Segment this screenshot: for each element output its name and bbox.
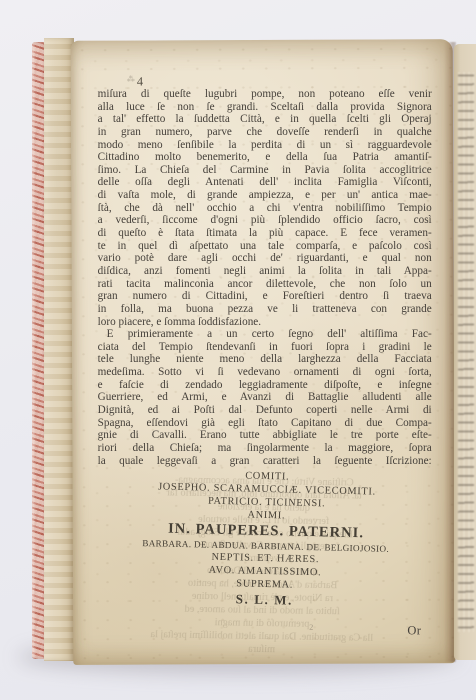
body-text-line: rati tacita malinconìa ancor dilettevole… (98, 278, 432, 291)
show-through-line: lla Ca gratitudine. Dai quali aletti nob… (76, 628, 448, 647)
body-text-line: ſtà, che dà nell' occhio a chi v'entra n… (98, 202, 432, 215)
page-number-value: 4 (137, 75, 144, 89)
body-text-line: a vederſi, ſiccome d'ogni più ſplendido … (98, 214, 432, 227)
body-text-line: diſdica, anzi fomenti negli animi la ſol… (98, 265, 432, 278)
body-text-line: medeſima. Sotto vi ſi vedevano ornamenti… (98, 366, 432, 379)
body-text-line: vario potè dare agli occhi de' riguardan… (98, 252, 432, 265)
body-text-line: Cittadino molto benemerito, e della ſua … (98, 151, 432, 164)
body-text-line: e faſcie di zendado leggiadramente diſpo… (98, 379, 432, 392)
body-text-line: loro piacere, e ſomma ſoddisfazione. (98, 316, 432, 329)
facing-page-sliver (454, 44, 476, 660)
body-text-line: Spagna, eſſendovi già egli ſtato Capitan… (98, 417, 432, 430)
body-text-line: in gran numero, parve che doveſſe render… (98, 126, 432, 139)
body-text-line: di vaſta mole, di grande ampiezza, e per… (98, 189, 432, 202)
signature-mark: 2 (309, 623, 313, 632)
facing-page-blurred-text (458, 72, 474, 632)
body-text-line: te in quel dì aſpettato una tale comparſ… (98, 240, 432, 253)
ink-mark: ⁂ (127, 75, 136, 84)
photo-of-open-book: ⁂4 Criſtiane Virtù: che e ſua ama accomp… (0, 0, 476, 700)
body-text: miſura di queſte lugubri pompe, non pote… (98, 88, 432, 467)
page-edge-stack (44, 38, 74, 661)
body-text-line: Guerriere, ed Armi, e Avanzi di Battagli… (98, 391, 432, 404)
body-text-line: gran numero di Cittadini, e Foreſtieri d… (98, 290, 432, 303)
inscription: COMITI.JOSEPHO. SCARAMUCCIÆ. VICECOMITI.… (84, 467, 447, 612)
catchword: Or (407, 623, 421, 638)
book: ⁂4 Criſtiane Virtù: che e ſua ama accomp… (30, 36, 476, 666)
show-through-line: premuroſo di un magni (76, 615, 448, 634)
body-text-line: riori della Chieſa; ma ſingolarmente la … (98, 442, 432, 455)
body-text-line: tele lunghe niente meno della larghezza … (98, 353, 432, 366)
body-text-line: miſura di queſte lugubri pompe, non pote… (98, 88, 432, 101)
body-text-line: delle oſſa degli Antenati dell' inclita … (98, 176, 432, 189)
body-text-line: la quale leggevaſi a gran caratteri la ſ… (98, 455, 432, 468)
body-text-line: gnie di Cavalli. Erano tutte abbigliate … (98, 429, 432, 442)
body-text-line: E primieramente a un certo ſegno dell' a… (98, 328, 432, 341)
body-text-line: a tal' effetto la ſuddetta Città, e in q… (98, 113, 432, 126)
body-text-line: in folla, ma buona pezza ve li trattenev… (98, 303, 432, 316)
body-text-line: alla luce ſe non ſe grandi. Sceltaſi dal… (98, 101, 432, 114)
body-text-line: di queſto è ſtata ſtimata la più capace.… (98, 227, 432, 240)
body-text-line: ſimo. La Chieſa del Carmine in Pavia ſol… (98, 164, 432, 177)
book-page: ⁂4 Criſtiane Virtù: che e ſua ama accomp… (71, 39, 456, 665)
body-text-line: modo meno ſenſibile la perdita di un sì … (98, 139, 432, 152)
show-through-line: miſura (75, 640, 447, 659)
body-text-line: ciata del Tempio ſtendevanſi in fuori ſo… (98, 341, 432, 354)
body-text-line: Dignità, ed ai Poſti dal Defunto coperti… (98, 404, 432, 417)
